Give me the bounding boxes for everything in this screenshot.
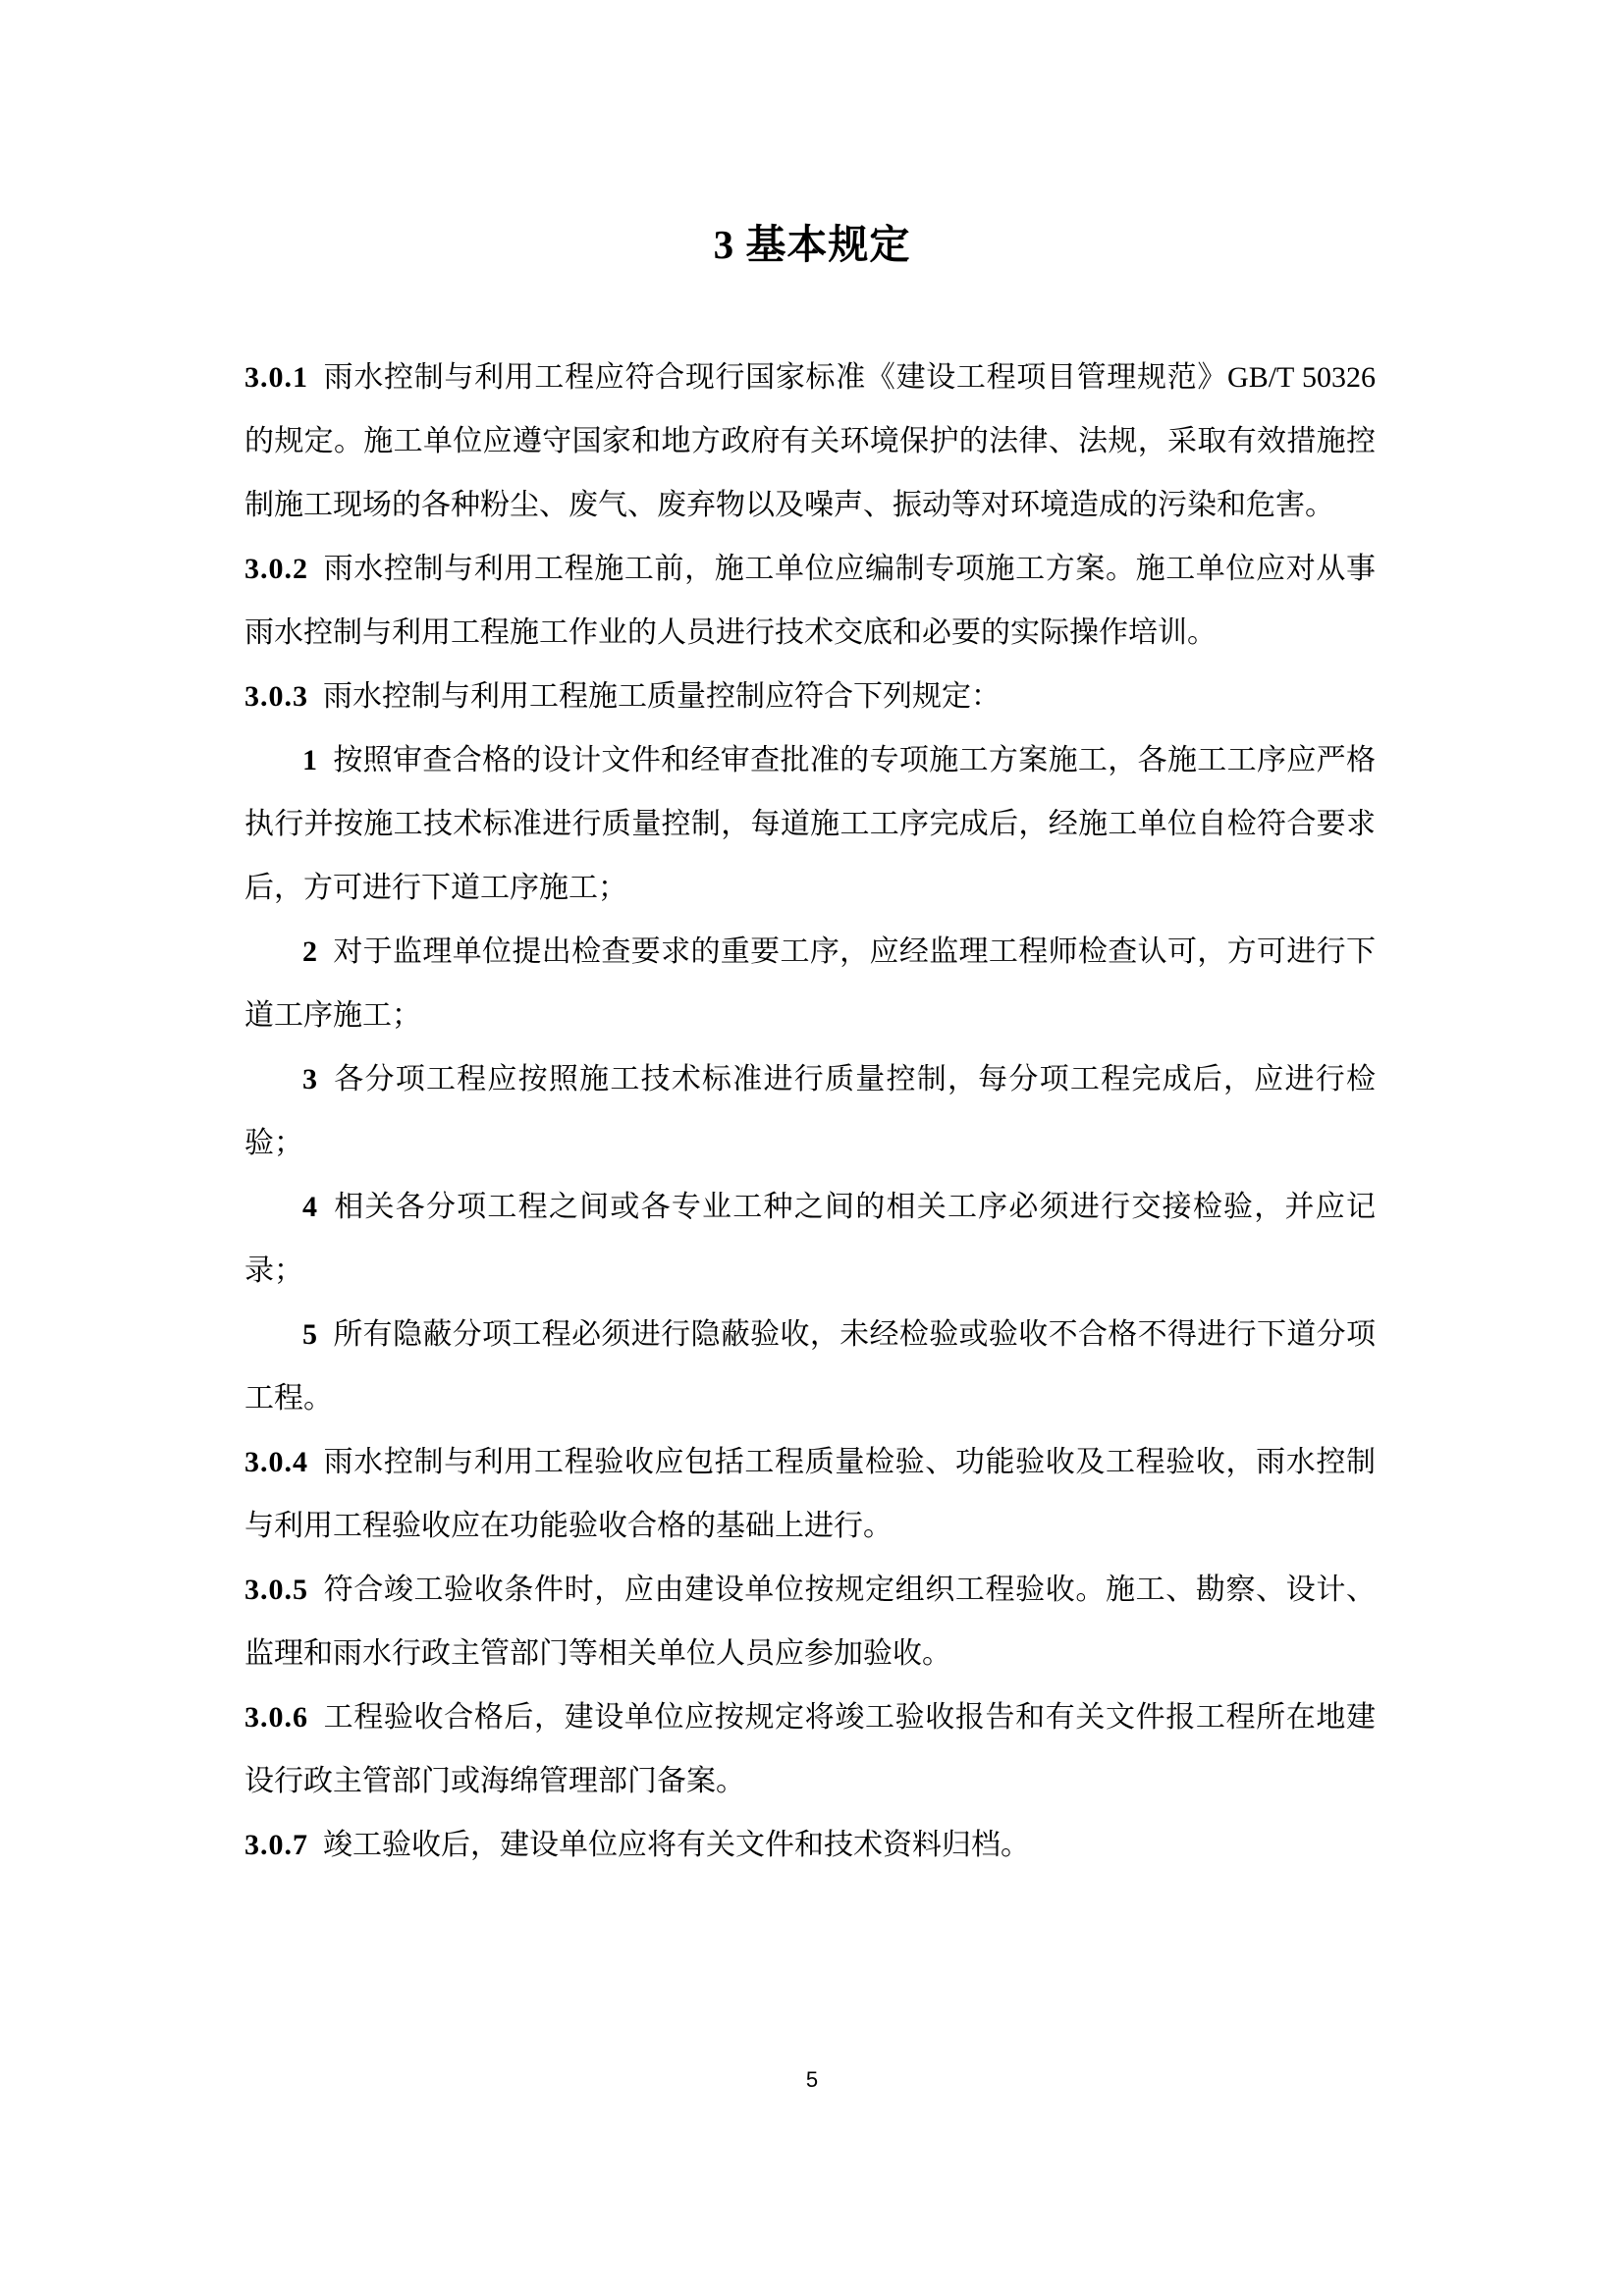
clause-number: 3.0.3 [244,680,308,713]
clause-text: 工程验收合格后，建设单位应按规定将竣工验收报告和有关文件报工程所在地建设行政主管… [244,1701,1376,1797]
clause-paragraph: 3.0.4雨水控制与利用工程验收应包括工程质量检验、功能验收及工程验收，雨水控制… [244,1430,1376,1558]
clause-text: 雨水控制与利用工程施工前，施工单位应编制专项施工方案。施工单位应对从事雨水控制与… [244,553,1376,649]
clause-number: 3.0.5 [244,1574,308,1606]
list-item: 3各分项工程应按照施工技术标准进行质量控制，每分项工程完成后，应进行检验； [244,1047,1376,1175]
section-title: 3 基本规定 [0,218,1624,271]
clause-number: 3.0.6 [244,1701,308,1734]
document-page: 3 基本规定 3.0.1雨水控制与利用工程应符合现行国家标准《建设工程项目管理规… [0,0,1624,2296]
document-body: 3.0.1雨水控制与利用工程应符合现行国家标准《建设工程项目管理规范》GB/T … [244,346,1376,1877]
clause-paragraph: 3.0.2雨水控制与利用工程施工前，施工单位应编制专项施工方案。施工单位应对从事… [244,537,1376,665]
clause-paragraph: 3.0.5符合竣工验收条件时，应由建设单位按规定组织工程验收。施工、勘察、设计、… [244,1558,1376,1685]
clause-text: 竣工验收后，建设单位应将有关文件和技术资料归档。 [323,1829,1030,1861]
clause-number: 2 [302,935,318,968]
clause-number: 3.0.4 [244,1446,308,1478]
clause-paragraph: 3.0.7竣工验收后，建设单位应将有关文件和技术资料归档。 [244,1813,1376,1877]
clause-number: 3.0.7 [244,1829,308,1861]
list-item: 5所有隐蔽分项工程必须进行隐蔽验收，未经检验或验收不合格不得进行下道分项工程。 [244,1303,1376,1430]
clause-number: 3 [302,1063,318,1095]
clause-number: 3.0.2 [244,553,308,585]
clause-text: 符合竣工验收条件时，应由建设单位按规定组织工程验收。施工、勘察、设计、监理和雨水… [244,1574,1376,1670]
clause-number: 4 [302,1191,318,1223]
clause-paragraph: 3.0.6工程验收合格后，建设单位应按规定将竣工验收报告和有关文件报工程所在地建… [244,1685,1376,1813]
clause-number: 1 [302,744,318,776]
clause-text: 相关各分项工程之间或各专业工种之间的相关工序必须进行交接检验，并应记录； [244,1191,1376,1287]
clause-number: 3.0.1 [244,361,308,394]
clause-paragraph: 3.0.1雨水控制与利用工程应符合现行国家标准《建设工程项目管理规范》GB/T … [244,346,1376,537]
clause-text: 对于监理单位提出检查要求的重要工序，应经监理工程师检查认可，方可进行下道工序施工… [244,935,1376,1032]
clause-number: 5 [302,1318,318,1351]
list-item: 4相关各分项工程之间或各专业工种之间的相关工序必须进行交接检验，并应记录； [244,1175,1376,1303]
clause-text: 按照审查合格的设计文件和经审查批准的专项施工方案施工，各施工工序应严格执行并按施… [244,744,1376,904]
clause-text: 所有隐蔽分项工程必须进行隐蔽验收，未经检验或验收不合格不得进行下道分项工程。 [244,1318,1376,1415]
list-item: 1按照审查合格的设计文件和经审查批准的专项施工方案施工，各施工工序应严格执行并按… [244,728,1376,920]
clause-paragraph: 3.0.3雨水控制与利用工程施工质量控制应符合下列规定： [244,665,1376,728]
clause-text: 雨水控制与利用工程施工质量控制应符合下列规定： [323,680,1001,713]
clause-text: 各分项工程应按照施工技术标准进行质量控制，每分项工程完成后，应进行检验； [244,1063,1376,1159]
clause-text: 雨水控制与利用工程应符合现行国家标准《建设工程项目管理规范》GB/T 50326… [244,361,1376,521]
page-number: 5 [0,2065,1624,2095]
list-item: 2对于监理单位提出检查要求的重要工序，应经监理工程师检查认可，方可进行下道工序施… [244,920,1376,1047]
clause-text: 雨水控制与利用工程验收应包括工程质量检验、功能验收及工程验收，雨水控制与利用工程… [244,1446,1376,1542]
